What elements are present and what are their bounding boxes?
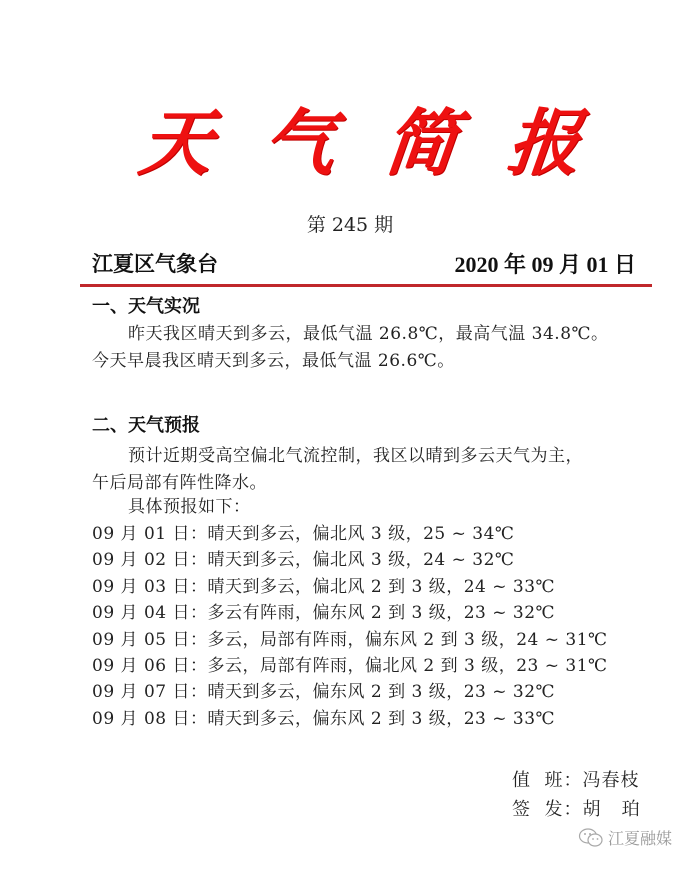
- section-heading-forecast: 二、天气预报: [92, 411, 200, 437]
- source-watermark: 江夏融媒: [578, 826, 672, 849]
- observation-paragraph: 昨天我区晴天到多云，最低气温 26.8℃，最高气温 34.8℃。 今天早晨我区晴…: [92, 321, 652, 375]
- title-char: 天: [136, 107, 216, 179]
- issue-date: 2020 年 09 月 01 日: [454, 248, 636, 279]
- forecast-row: 09 月 06 日：多云，局部有阵雨，偏北风 2 到 3 级，23 ~ 31℃: [92, 653, 608, 679]
- forecast-row: 09 月 04 日：多云有阵雨，偏东风 2 到 3 级，23 ~ 32℃: [92, 600, 608, 626]
- forecast-row: 09 月 07 日：晴天到多云，偏东风 2 到 3 级，23 ~ 32℃: [92, 679, 608, 705]
- section-heading-observation: 一、天气实况: [92, 292, 200, 318]
- forecast-row: 09 月 02 日：晴天到多云，偏北风 3 级，24 ~ 32℃: [92, 547, 608, 573]
- wechat-icon: [578, 827, 604, 849]
- forecast-row: 09 月 01 日：晴天到多云，偏北风 3 级，25 ~ 34℃: [92, 521, 608, 547]
- issue-number: 第 245 期: [0, 210, 700, 237]
- organization-name: 江夏区气象台: [92, 248, 218, 278]
- forecast-summary: 预计近期受高空偏北气流控制，我区以晴到多云天气为主， 午后局部有阵性降水。 具体…: [92, 443, 652, 517]
- forecast-row: 09 月 08 日：晴天到多云，偏东风 2 到 3 级，23 ~ 33℃: [92, 706, 608, 732]
- header-divider: [80, 284, 652, 287]
- title-char: 报: [504, 107, 584, 179]
- forecast-summary-line: 预计近期受高空偏北气流控制，我区以晴到多云天气为主，: [92, 443, 652, 470]
- title-char: 简: [382, 107, 462, 179]
- forecast-summary-line: 午后局部有阵性降水。: [92, 470, 652, 497]
- watermark-text: 江夏融媒: [608, 826, 672, 849]
- forecast-row: 09 月 05 日：多云，局部有阵雨，偏东风 2 到 3 级，24 ~ 31℃: [92, 627, 608, 653]
- duty-officer: 值 班：冯春枝: [512, 766, 639, 792]
- issuer: 签 发：胡 珀: [512, 795, 641, 821]
- title-char: 气: [259, 107, 339, 179]
- observation-line: 昨天我区晴天到多云，最低气温 26.8℃，最高气温 34.8℃。: [92, 321, 652, 348]
- bulletin-title: 天 气 简 报: [140, 95, 580, 190]
- observation-line: 今天早晨我区晴天到多云，最低气温 26.6℃。: [92, 348, 652, 375]
- forecast-row: 09 月 03 日：晴天到多云，偏北风 2 到 3 级，24 ~ 33℃: [92, 574, 608, 600]
- forecast-intro: 具体预报如下：: [92, 497, 652, 517]
- daily-forecast-list: 09 月 01 日：晴天到多云，偏北风 3 级，25 ~ 34℃ 09 月 02…: [92, 521, 608, 732]
